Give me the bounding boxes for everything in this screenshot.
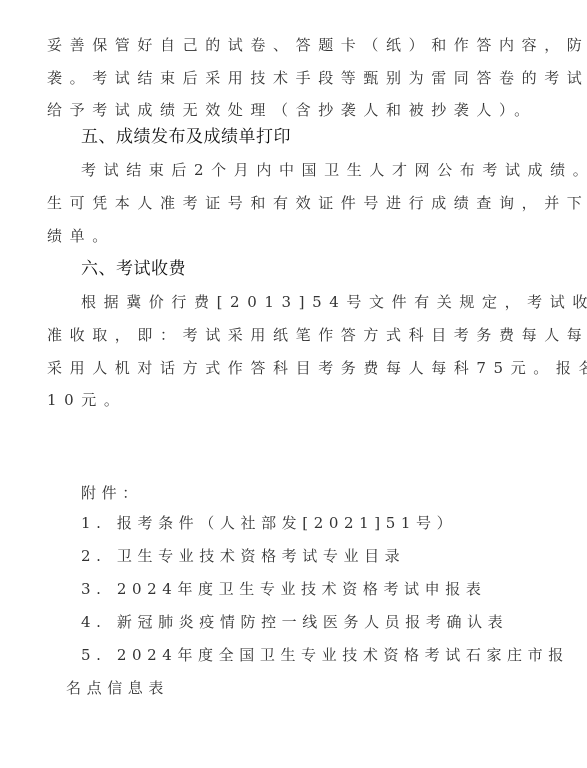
paragraph-line: 考试结束后2个月内中国卫生人才网公布考试成绩。届时考 [81, 160, 587, 180]
paragraph-line: 准收取，即：考试采用纸笔作答方式科目考务费每人每科55元， [47, 325, 587, 345]
attachments-label: 附件： [81, 483, 143, 503]
attachment-item: 3. 2024年度卫生专业技术资格考试申报表 [81, 579, 486, 599]
paragraph-line: 生可凭本人准考证号和有效证件号进行成绩查询，并下载打印成 [47, 193, 587, 213]
paragraph-line: 妥善保管好自己的试卷、答题卡（纸）和作答内容，防止他人抄 [47, 35, 587, 55]
paragraph-line: 绩单。 [47, 226, 115, 246]
section-heading-fees: 六、考试收费 [81, 258, 186, 280]
section-heading-results: 五、成绩发布及成绩单打印 [81, 126, 291, 148]
paragraph-line: 袭。考试结束后采用技术手段等甄别为雷同答卷的考试答卷，将 [47, 68, 587, 88]
paragraph-line: 采用人机对话方式作答科目考务费每人每科75元。报名费每人 [47, 358, 587, 378]
attachment-item-continuation: 名点信息表 [66, 678, 169, 698]
attachment-item: 2. 卫生专业技术资格考试专业目录 [81, 546, 405, 566]
paragraph-line: 根据冀价行费[2013]54号文件有关规定，考试收费按如下标 [81, 292, 587, 312]
paragraph-line: 10元。 [47, 390, 127, 410]
attachment-item: 1. 报考条件（人社部发[2021]51号） [81, 513, 457, 533]
attachment-item: 5. 2024年度全国卫生专业技术资格考试石家庄市报 [81, 645, 569, 665]
paragraph-line: 给予考试成绩无效处理（含抄袭人和被抄袭人）。 [47, 100, 537, 120]
attachment-item: 4. 新冠肺炎疫情防控一线医务人员报考确认表 [81, 612, 508, 632]
